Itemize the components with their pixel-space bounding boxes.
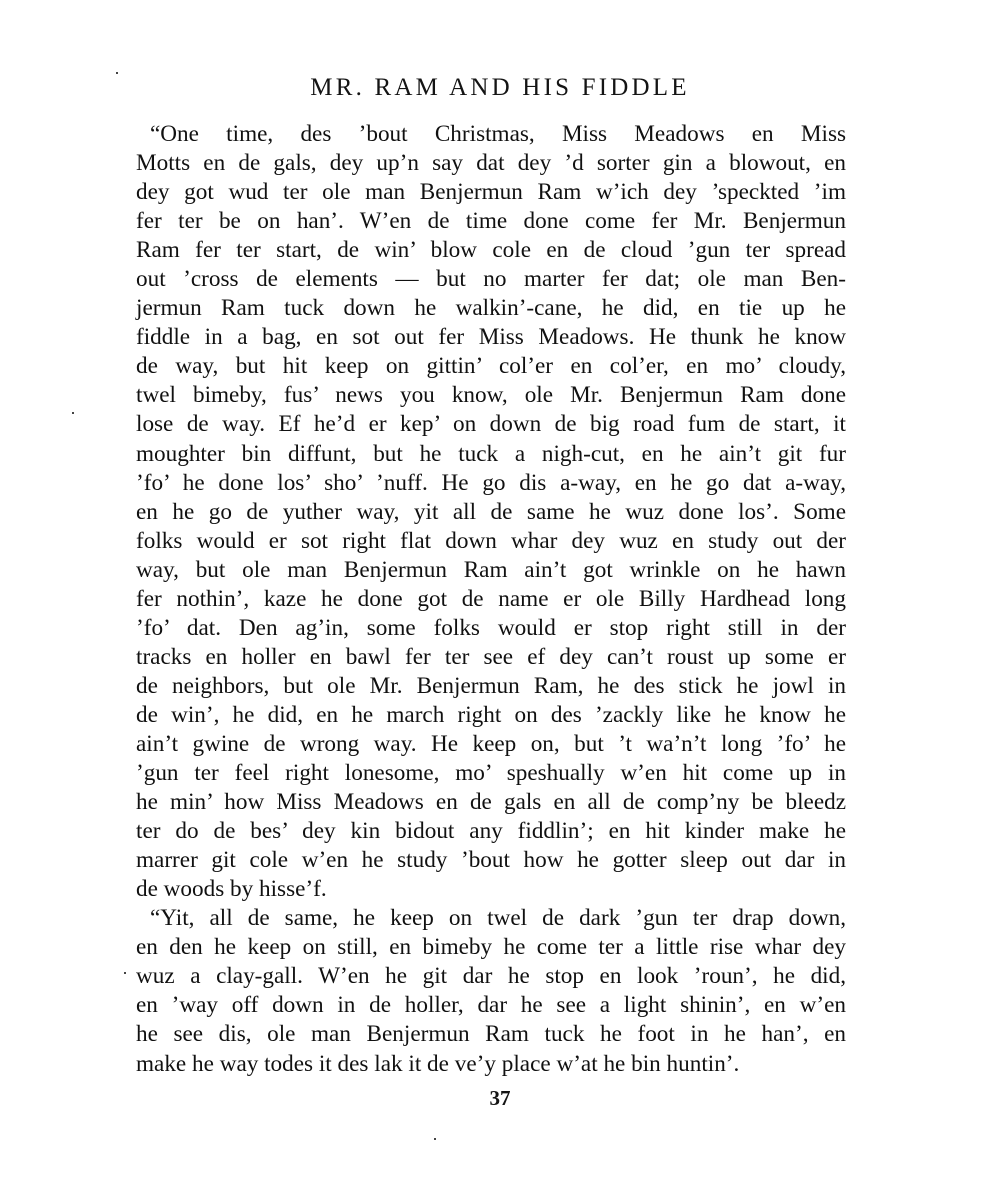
text-line: en ’way off down in de holler, dar he se… xyxy=(136,991,846,1020)
running-head: MR. RAM AND HIS FIDDLE xyxy=(0,74,1000,102)
text-line: ter do de bes’ dey kin bidout any fiddli… xyxy=(136,817,846,846)
text-line: en he go de yuther way, yit all de same … xyxy=(136,498,846,527)
text-line: he see dis, ole man Benjermun Ram tuck h… xyxy=(136,1020,846,1049)
text-line: “Yit, all de same, he keep on twel de da… xyxy=(136,904,846,933)
text-line: “One time, des ’bout Christmas, Miss Mea… xyxy=(136,120,846,149)
text-line: jermun Ram tuck down he walkin’-cane, he… xyxy=(136,294,846,323)
text-line: folks would er sot right flat down whar … xyxy=(136,527,846,556)
text-line: marrer git cole w’en he study ’bout how … xyxy=(136,846,846,875)
scan-speck xyxy=(116,72,118,74)
text-line: fer nothin’, kaze he done got de name er… xyxy=(136,585,846,614)
text-line: out ’cross de elements — but no marter f… xyxy=(136,265,846,294)
text-line: way, but ole man Benjermun Ram ain’t got… xyxy=(136,556,846,585)
paragraph: “One time, des ’bout Christmas, Miss Mea… xyxy=(136,120,846,904)
text-line: make he way todes it des lak it de ve’y … xyxy=(136,1050,846,1079)
text-line: ’fo’ he done los’ sho’ ’nuff. He go dis … xyxy=(136,469,846,498)
text-line: fiddle in a bag, en sot out fer Miss Mea… xyxy=(136,323,846,352)
book-page: MR. RAM AND HIS FIDDLE “One time, des ’b… xyxy=(0,0,1000,1188)
text-line: de win’, he did, en he march right on de… xyxy=(136,701,846,730)
text-line: de woods by hisse’f. xyxy=(136,875,846,904)
text-line: ’fo’ dat. Den ag’in, some folks would er… xyxy=(136,614,846,643)
text-line: Ram fer ter start, de win’ blow cole en … xyxy=(136,236,846,265)
text-line: tracks en holler en bawl fer ter see ef … xyxy=(136,643,846,672)
text-line: wuz a clay-gall. W’en he git dar he stop… xyxy=(136,962,846,991)
page-number: 37 xyxy=(0,1086,1000,1111)
scan-speck xyxy=(124,972,126,974)
text-line: ’gun ter feel right lonesome, mo’ speshu… xyxy=(136,759,846,788)
text-line: en den he keep on still, en bimeby he co… xyxy=(136,933,846,962)
text-line: fer ter be on han’. W’en de time done co… xyxy=(136,207,846,236)
scan-speck xyxy=(72,412,74,414)
body-text: “One time, des ’bout Christmas, Miss Mea… xyxy=(136,120,846,1079)
text-line: ain’t gwine de wrong way. He keep on, bu… xyxy=(136,730,846,759)
text-line: de neighbors, but ole Mr. Benjermun Ram,… xyxy=(136,672,846,701)
text-line: twel bimeby, fus’ news you know, ole Mr.… xyxy=(136,381,846,410)
text-line: moughter bin diffunt, but he tuck a nigh… xyxy=(136,440,846,469)
text-line: de way, but hit keep on gittin’ col’er e… xyxy=(136,352,846,381)
text-line: lose de way. Ef he’d er kep’ on down de … xyxy=(136,410,846,439)
scan-speck xyxy=(434,1138,436,1140)
paragraph: “Yit, all de same, he keep on twel de da… xyxy=(136,904,846,1078)
text-line: dey got wud ter ole man Benjermun Ram w’… xyxy=(136,178,846,207)
text-line: Motts en de gals, dey up’n say dat dey ’… xyxy=(136,149,846,178)
text-line: he min’ how Miss Meadows en de gals en a… xyxy=(136,788,846,817)
